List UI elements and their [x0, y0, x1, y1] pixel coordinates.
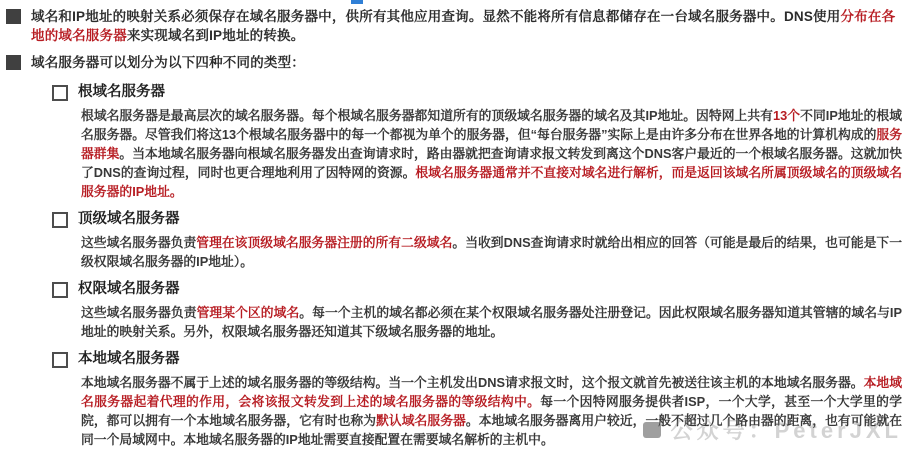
- intro-bullet-text: 域名服务器可以划分为以下四种不同的类型：: [31, 53, 305, 72]
- section-title: 根域名服务器: [78, 83, 165, 102]
- highlight-red-text: 管理在该顶级域名服务器注册的所有二级域名: [196, 235, 452, 250]
- highlight-red-text: 13个: [773, 108, 800, 123]
- outline-square-bullet-icon: [52, 352, 68, 368]
- section-paragraph: 这些域名服务器负责管理在该顶级域名服务器注册的所有二级域名。当收到DNS查询请求…: [81, 233, 902, 271]
- body-text: 这些域名服务器负责: [81, 235, 196, 250]
- body-text: 来实现域名到IP地址的转换。: [127, 28, 305, 43]
- section: 本地域名服务器本地域名服务器不属于上述的域名服务器的等级结构。当一个主机发出DN…: [6, 350, 904, 449]
- outline-square-bullet-icon: [52, 282, 68, 298]
- highlight-red-text: 默认域名服务器: [376, 413, 466, 428]
- section: 权限域名服务器这些域名服务器负责管理某个区的域名。每一个主机的域名都必须在某个权…: [6, 280, 904, 341]
- dns-slide: 域名和IP地址的映射关系必须保存在域名服务器中，供所有其他应用查询。显然不能将所…: [0, 0, 908, 456]
- intro-bullets: 域名和IP地址的映射关系必须保存在域名服务器中，供所有其他应用查询。显然不能将所…: [6, 7, 904, 72]
- filled-square-bullet-icon: [6, 9, 21, 24]
- cropped-title-underline: [351, 0, 363, 4]
- section-title: 权限域名服务器: [78, 280, 180, 299]
- section: 根域名服务器根域名服务器是最高层次的域名服务器。每个根域名服务器都知道所有的顶级…: [6, 83, 904, 201]
- section-header: 本地域名服务器: [52, 350, 904, 369]
- body-text: 根域名服务器是最高层次的域名服务器。每个根域名服务器都知道所有的顶级域名服务器的…: [81, 108, 773, 123]
- outline-square-bullet-icon: [52, 85, 68, 101]
- body-text: 域名服务器可以划分为以下四种不同的类型：: [31, 55, 305, 70]
- intro-bullet: 域名和IP地址的映射关系必须保存在域名服务器中，供所有其他应用查询。显然不能将所…: [6, 7, 904, 45]
- body-text: 本地域名服务器不属于上述的域名服务器的等级结构。当一个主机发出DNS请求报文时，…: [81, 375, 864, 390]
- section-list: 根域名服务器根域名服务器是最高层次的域名服务器。每个根域名服务器都知道所有的顶级…: [6, 83, 904, 449]
- section-paragraph: 根域名服务器是最高层次的域名服务器。每个根域名服务器都知道所有的顶级域名服务器的…: [81, 106, 902, 201]
- section-header: 权限域名服务器: [52, 280, 904, 299]
- section-title: 顶级域名服务器: [78, 210, 180, 229]
- intro-bullet: 域名服务器可以划分为以下四种不同的类型：: [6, 53, 904, 72]
- section-header: 根域名服务器: [52, 83, 904, 102]
- outline-square-bullet-icon: [52, 212, 68, 228]
- intro-bullet-text: 域名和IP地址的映射关系必须保存在域名服务器中，供所有其他应用查询。显然不能将所…: [31, 7, 904, 45]
- section-header: 顶级域名服务器: [52, 210, 904, 229]
- body-text: 这些域名服务器负责: [81, 305, 197, 320]
- body-text: 域名和IP地址的映射关系必须保存在域名服务器中，供所有其他应用查询。显然不能将所…: [31, 9, 840, 24]
- section-paragraph: 这些域名服务器负责管理某个区的域名。每一个主机的域名都必须在某个权限域名服务器处…: [81, 303, 902, 341]
- filled-square-bullet-icon: [6, 55, 21, 70]
- section: 顶级域名服务器这些域名服务器负责管理在该顶级域名服务器注册的所有二级域名。当收到…: [6, 210, 904, 271]
- section-paragraph: 本地域名服务器不属于上述的域名服务器的等级结构。当一个主机发出DNS请求报文时，…: [81, 373, 902, 449]
- highlight-red-text: 管理某个区的域名: [197, 305, 300, 320]
- section-title: 本地域名服务器: [78, 350, 180, 369]
